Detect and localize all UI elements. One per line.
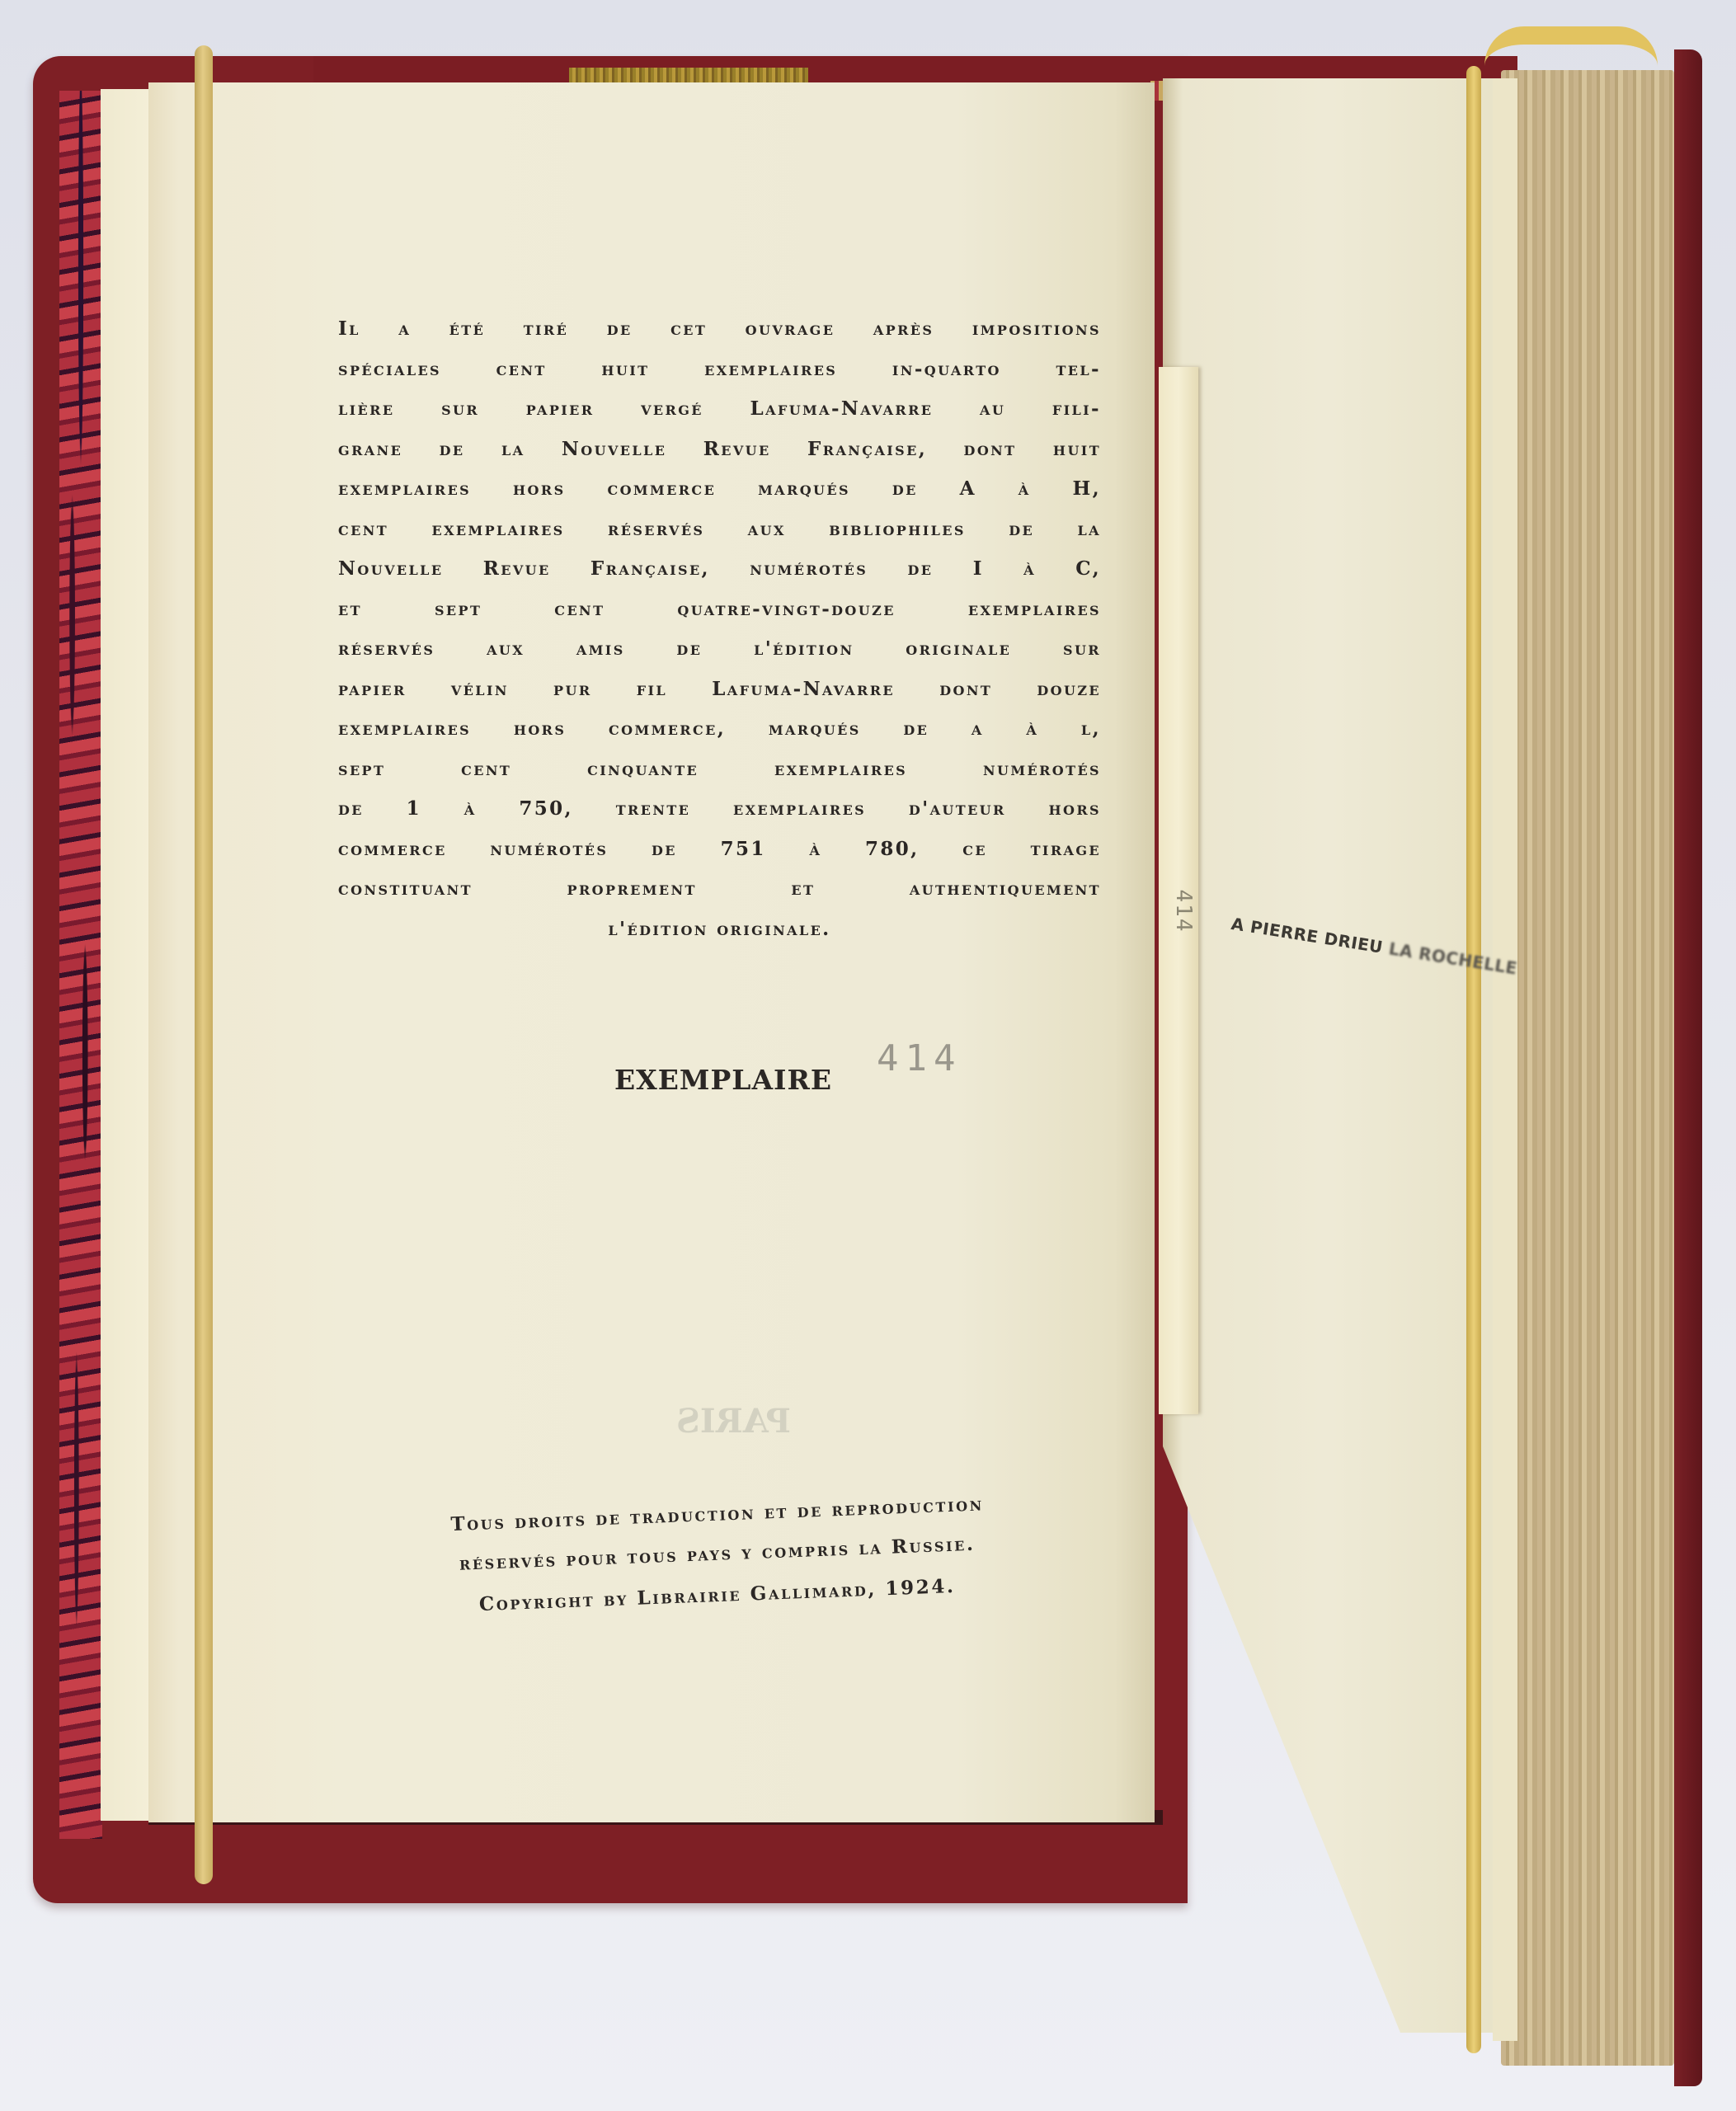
rubber-band-right-top (1484, 26, 1658, 66)
rubber-band-right (1466, 66, 1481, 2053)
justification-line: exemplaires hors commerce marqués de A à… (338, 469, 1101, 510)
justification-line: et sept cent quatre-vingt-douze exemplai… (338, 590, 1101, 630)
justification-line: papier vélin pur fil Lafuma-Navarre dont… (338, 670, 1101, 710)
justification-line: exemplaires hors commerce, marqués de a … (338, 709, 1101, 750)
justification-line: Nouvelle Revue Française, numérotés de I… (338, 549, 1101, 590)
fore-edge-pages (1501, 70, 1674, 2066)
marbled-endpaper (59, 91, 102, 1839)
show-through-text: PARIS (676, 1402, 791, 1441)
justification-line: commerce numérotés de 751 à 780, ce tira… (338, 830, 1101, 870)
justification-line: Il a été tiré de cet ouvrage après impos… (338, 309, 1101, 350)
justification-line: lière sur papier vergé Lafuma-Navarre au… (338, 389, 1101, 430)
book-cover-right (1674, 49, 1702, 2086)
justification-line: sept cent cinquante exemplaires numéroté… (338, 750, 1101, 790)
justification-line: de 1 à 750, trente exemplaires d'auteur … (338, 789, 1101, 830)
right-page (1163, 78, 1493, 2033)
rubber-band-left (195, 45, 213, 1884)
justification-line: grane de la Nouvelle Revue Française, do… (338, 430, 1101, 470)
slip-number: 414 (1163, 886, 1196, 936)
justification-line: l'édition originale. (338, 910, 1101, 950)
justification-line: spéciales cent huit exemplaires in-quart… (338, 350, 1101, 390)
justification-line: cent exemplaires réservés aux bibliophil… (338, 510, 1101, 550)
exemplaire-number-stamp: 414 (877, 1037, 962, 1079)
justification-du-tirage: Il a été tiré de cet ouvrage après impos… (338, 309, 1101, 949)
exemplaire-label: EXEMPLAIRE (614, 1064, 832, 1096)
justification-line: constituant proprement et authentiquemen… (338, 869, 1101, 910)
fore-edge-inner (1493, 78, 1517, 2041)
justification-line: réservés aux amis de l'édition originale… (338, 629, 1101, 670)
